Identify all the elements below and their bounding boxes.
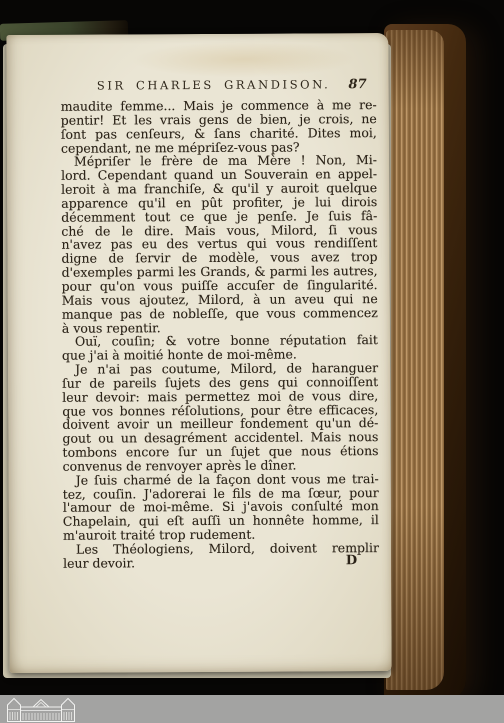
paragraph: Mépriſer le frère de ma Mère ! Non, Mi-l… [61, 153, 378, 335]
book-page: SIR CHARLES GRANDISON. 87 maudite femme.… [6, 33, 391, 673]
paragraph: maudite femme... Mais je commence à me r… [61, 98, 377, 155]
page-text: maudite femme... Mais je commence à me r… [7, 98, 391, 571]
page-number: 87 [348, 77, 366, 92]
watermark-band [0, 695, 504, 723]
text-line: Les Théologiens, Milord, doivent remplir [63, 541, 379, 556]
library-building-logo-icon [6, 696, 76, 723]
running-header: SIR CHARLES GRANDISON. 87 [7, 77, 389, 96]
paragraph: Ouï, couſin; & votre bonne réputation fa… [62, 333, 378, 362]
paragraph: Les Théologiens, Milord, doivent remplir… [63, 541, 379, 570]
paragraph: Je n'ai pas coutume, Milord, de harangue… [62, 361, 379, 473]
text-line: leur devoir. [63, 555, 379, 570]
signature-mark: D [346, 553, 357, 568]
paragraph: Je ſuis charmé de la façon dont vous me … [63, 472, 379, 543]
text-line: manque pas de nobleſſe, que vous commenc… [62, 306, 378, 321]
book-scan: SIR CHARLES GRANDISON. 87 maudite femme.… [0, 0, 504, 723]
page-fore-edge [386, 30, 444, 690]
running-title: SIR CHARLES GRANDISON. [97, 77, 331, 92]
